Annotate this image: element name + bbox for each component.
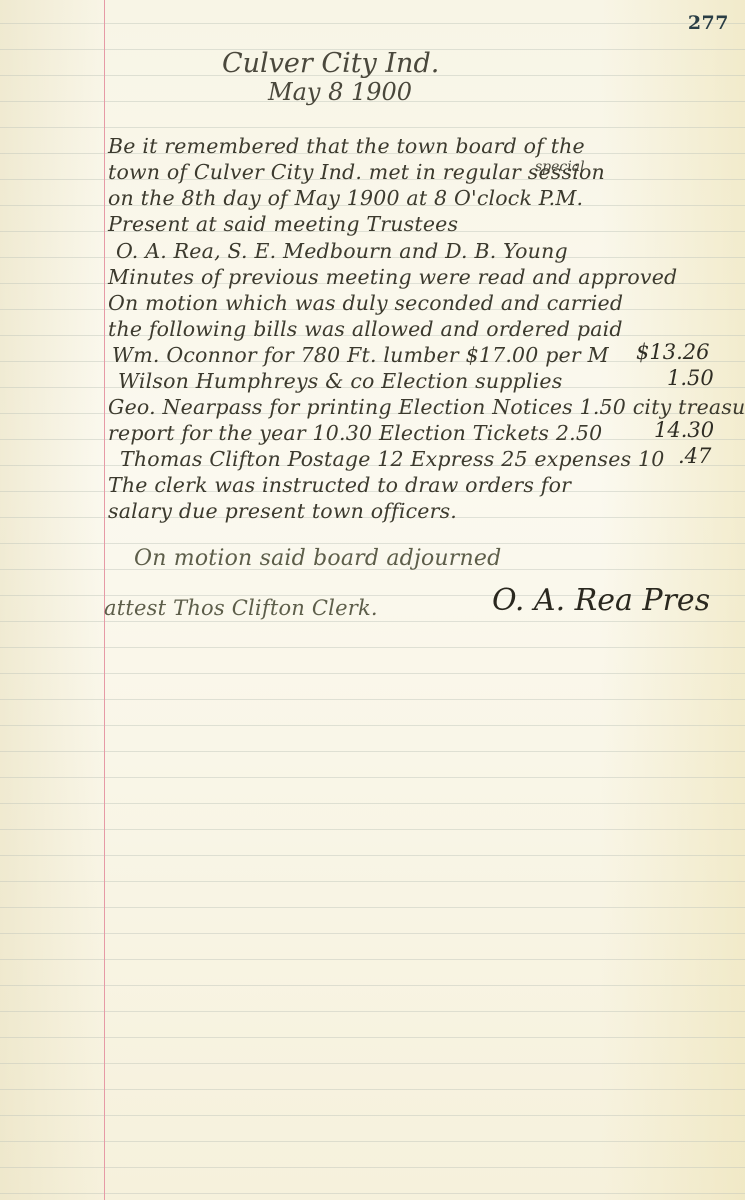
clerk-instruction: The clerk was instructed to draw orders … [108,475,571,496]
bill-amount: $13.26 [636,342,709,363]
bill-description: report for the year 10.30 Election Ticke… [108,423,602,444]
bill-amount: 1.50 [667,368,714,389]
minutes-line: Be it remembered that the town board of … [108,136,585,157]
bill-description: Wilson Humphreys & co Election supplies [118,371,562,392]
minutes-line: On motion which was duly seconded and ca… [108,293,623,314]
bill-amount: .47 [678,446,711,467]
adjournment: On motion said board adjourned [134,548,501,570]
heading-date: May 8 1900 [268,80,412,104]
page-number: 277 [688,12,729,34]
bill-description: Thomas Clifton Postage 12 Express 25 exp… [120,449,665,470]
bill-amount: 14.30 [654,420,714,441]
ledger-page: 277 Culver City Ind. May 8 1900 special … [0,0,745,1200]
heading-place: Culver City Ind. [222,50,439,77]
bill-description: Geo. Nearpass for printing Election Noti… [108,397,745,418]
minutes-line: town of Culver City Ind. met in regular … [108,162,605,183]
minutes-line: on the 8th day of May 1900 at 8 O'clock … [108,188,583,209]
clerk-instruction: salary due present town officers. [108,501,457,522]
bill-description: Wm. Oconnor for 780 Ft. lumber $17.00 pe… [112,345,609,366]
minutes-line: the following bills was allowed and orde… [108,319,623,340]
minutes-line: Present at said meeting Trustees [108,214,458,235]
president-signature: O. A. Rea Pres [492,586,710,616]
trustees-present: O. A. Rea, S. E. Medbourn and D. B. Youn… [116,241,568,262]
attest-clerk: attest Thos Clifton Clerk. [104,598,378,619]
minutes-line: Minutes of previous meeting were read an… [108,267,677,288]
